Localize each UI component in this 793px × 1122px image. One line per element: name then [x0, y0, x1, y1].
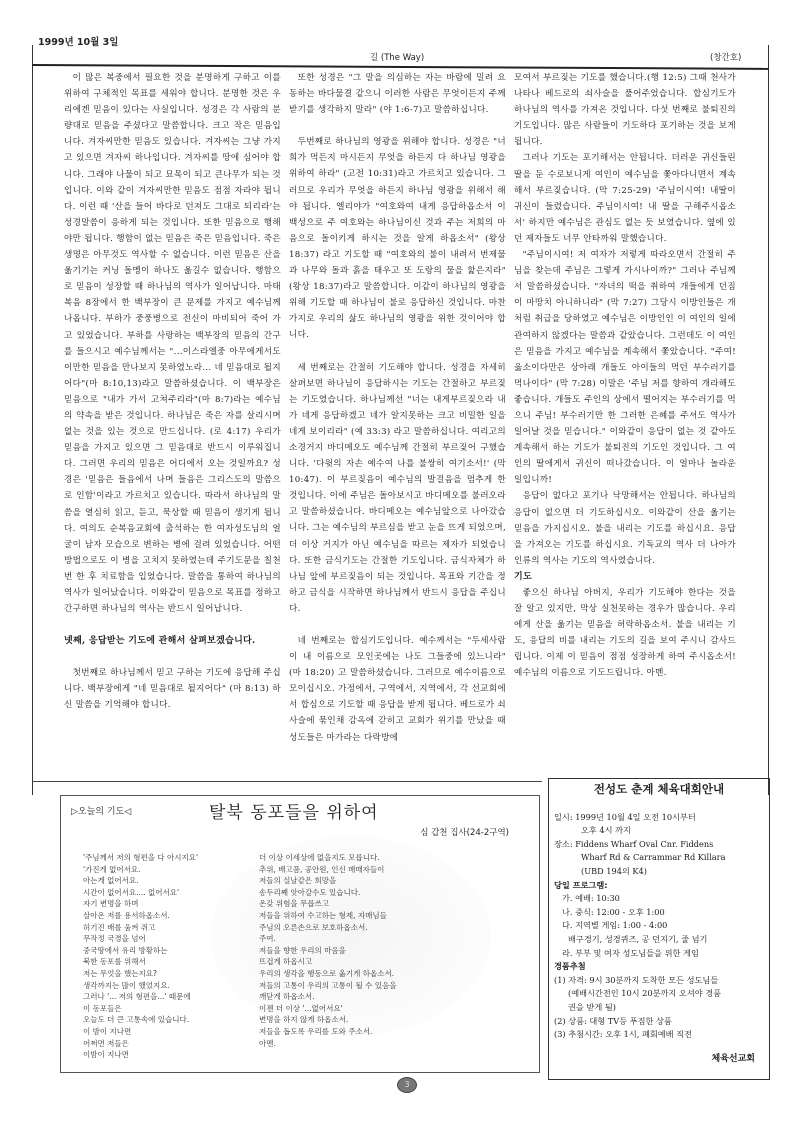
- prayer-title: 탈북 동포들을 위하여: [209, 798, 379, 823]
- paragraph: "주님이시여! 저 여자가 저렇게 따라오면서 간절히 주님을 찾는데 주님은 …: [514, 247, 736, 488]
- verse-line: 아멘.: [259, 1038, 396, 1050]
- verse-line: 시간이 없어서요.... 없어서요': [83, 887, 198, 899]
- verse-line: 저들을 돕도록 우리를 도와 주소서.: [259, 1026, 396, 1038]
- paragraph: 두번째로 하나님의 영광을 위해야 합니다. 성경은 "너희가 먹든지 마시든지…: [289, 134, 506, 343]
- paragraph: 모여서 부르짖는 기도를 했습니다.(행 12:5) 그때 천사가 나타나 베드…: [514, 70, 736, 150]
- closing-prayer: 좋으신 하나님 아버지, 우리가 기도해야 한다는 것을 잘 알고 있지만, 막…: [514, 585, 736, 682]
- verse-line: '주님께서 저의 형편을 다 아시지요': [83, 852, 198, 864]
- verse-line: 오늘도 더 큰 고통속에 있습니다.: [83, 1014, 198, 1026]
- raffle-item: (2) 상품: 대형 TV등 푸짐한 상품: [554, 1015, 765, 1029]
- verse-line: 저들을 향한 우리의 마음을: [259, 945, 396, 957]
- verse-line: 아는게 없어서요.: [83, 875, 198, 887]
- sports-day-notice: 전성도 춘계 체육대회안내 일시: 1999년 10월 4일 오전 10시부터 …: [548, 778, 770, 1080]
- issue-label: (창간호): [710, 51, 741, 63]
- raffle-item: 권을 받게 됨): [554, 1001, 765, 1015]
- paragraph: 그러나 기도는 포기해서는 안됩니다. 더러운 귀신들린 딸을 둔 수로보니게 …: [514, 150, 736, 247]
- verse-line: 북한 동포를 위해서: [83, 956, 198, 968]
- sermon-column-2: 또한 성경은 "그 말을 의심하는 자는 바람에 밀려 요동하는 바다물결 같으…: [289, 70, 506, 746]
- sermon-column-3: 모여서 부르짖는 기도를 했습니다.(행 12:5) 그때 천사가 나타나 베드…: [514, 70, 736, 681]
- verse-line: 우리의 생각을 행동으로 옮기게 하옵소서.: [259, 968, 396, 980]
- sermon-column-1: 이 많은 복중에서 필요한 것을 분명하게 구하고 이를 위하여 구체적인 목표…: [64, 70, 281, 713]
- place-label: 장소:: [554, 838, 573, 852]
- program-item: 가. 예배: 10:30: [554, 892, 765, 906]
- verse-line: 저들의 고통이 우리의 고통이 될 수 있음을: [259, 980, 396, 992]
- verse-line: 자기 변명을 하며: [83, 898, 198, 910]
- program-item: 라. 부부 및 여자 성도님들을 위한 게임: [554, 947, 765, 961]
- verse-line: 살아온 저를 용서하옵소서.: [83, 910, 198, 922]
- raffle-item: (3) 추첨시간: 오후 1시, 폐회예배 직전: [554, 1028, 765, 1042]
- verse-line: 이밤이 지나면: [83, 1049, 198, 1061]
- prayer-author: 심 갑천 집사(24-2구역): [420, 826, 509, 838]
- section-divider: [32, 781, 542, 782]
- verse-line: 무작정 국경을 넘어: [83, 933, 198, 945]
- notice-title: 전성도 춘계 체육대회안내: [549, 783, 769, 797]
- paragraph: 또한 성경은 "그 말을 의심하는 자는 바람에 밀려 요동하는 바다물결 같으…: [289, 70, 506, 118]
- verse-line: 이 밤이 지나면: [83, 1026, 198, 1038]
- program-item: 배구경기, 성경퀴즈, 공 던지기, 줄 넘기: [554, 933, 765, 947]
- place-value-cont: Wharf Rd & Carrammar Rd Killara: [554, 851, 765, 865]
- verse-left: '주님께서 저의 형편을 다 아시지요' '가진게 없어서요. 아는게 없어서요…: [83, 852, 198, 1061]
- verse-line: 주님의 오른손으로 보호하옵소서.: [259, 922, 396, 934]
- verse-line: 추위, 배고픔, 공안원, 인신 매매자들이: [259, 864, 396, 876]
- verse-line: 그러나 '... 저의 형편을...' 때문에: [83, 991, 198, 1003]
- verse-line: 깨닫게 하옵소서.: [259, 991, 396, 1003]
- verse-line: 이젠 더 이상 '...없어서요': [259, 1003, 396, 1015]
- verse-line: 이 동포들은: [83, 1003, 198, 1015]
- paragraph: 네 번째로는 합심기도입니다. 예수께서는 "두세사람이 내 이름으로 모인곳에…: [289, 633, 506, 746]
- verse-line: 저들을 위하여 수고하는 형제, 자매님들: [259, 910, 396, 922]
- time-value: 1999년 10월 4일 오전 10시부터: [575, 811, 696, 825]
- paragraph: 세 번째로는 간절히 기도해야 합니다. 성경을 자세히 살펴보면 하나님이 응…: [289, 360, 506, 618]
- paragraph: 이 많은 복중에서 필요한 것을 분명하게 구하고 이를 위하여 구체적인 목표…: [64, 70, 281, 617]
- newsletter-title: 길 (The Way): [370, 51, 424, 63]
- verse-line: 생각까지는 많이 했었지요.: [83, 980, 198, 992]
- verse-line: 어쩌면 저들은: [83, 1038, 198, 1050]
- program-item: 다. 지역별 게임: 1:00 - 4:00: [554, 919, 765, 933]
- verse-line: 허기진 배를 움켜 쥐고: [83, 922, 198, 934]
- time-label: 일시:: [554, 811, 573, 825]
- paragraph: 첫번째로 하나님께서 믿고 구하는 기도에 응답해 주십니다. 백부장에게 "네…: [64, 665, 281, 713]
- place-value: Fiddens Wharf Oval Cnr. Fiddens: [575, 838, 713, 852]
- notice-body: 일시: 1999년 10월 4일 오전 10시부터 오후 4시 까지 장소: F…: [549, 811, 769, 1042]
- verse-line: 온갖 위험을 무릅쓰고: [259, 898, 396, 910]
- todays-prayer-label: ▷오늘의 기도◁: [71, 804, 131, 817]
- raffle-item: (1) 자격: 9시 30분까지 도착한 모든 성도님들: [554, 974, 765, 988]
- verse-line: 주여.: [259, 933, 396, 945]
- section-heading: 넷째, 응답받는 기도에 관해서 살펴보겠습니다.: [64, 633, 281, 649]
- verse-line: 중국땅에서 유리 방황하는: [83, 945, 198, 957]
- page-number: 3: [397, 1077, 417, 1093]
- verse-line: 송두리째 앗아갈수도 있습니다.: [259, 887, 396, 899]
- verse-line: 더 이상 이세상에 없을지도 모릅니다.: [259, 852, 396, 864]
- place-value-cont: (UBD 194의 K4): [554, 865, 765, 879]
- paragraph: 응답이 없다고 포기나 낙망해서는 안됩니다. 하나님의 응답이 없으면 더 기…: [514, 488, 736, 568]
- program-item: 나. 중식: 12:00 - 오후 1:00: [554, 906, 765, 920]
- raffle-label: 경품추첨: [554, 960, 765, 974]
- prayer-heading: 기도: [514, 569, 736, 585]
- program-label: 당일 프로그램:: [554, 879, 765, 893]
- todays-prayer-box: ▷오늘의 기도◁ 탈북 동포들을 위하여 심 갑천 집사(24-2구역) '주님…: [60, 795, 540, 1073]
- verse-line: 뜨겁게 하옵시고: [259, 956, 396, 968]
- notice-signature: 체육선교회: [712, 1053, 755, 1067]
- verse-line: 저는 무엇을 했는지요?: [83, 968, 198, 980]
- verse-right: 더 이상 이세상에 없을지도 모릅니다. 추위, 배고픔, 공안원, 인신 매매…: [259, 852, 396, 1049]
- raffle-item: (예배시간전인 10시 20분까지 오셔야 경품: [554, 987, 765, 1001]
- verse-line: 저들의 실날같은 희망을: [259, 875, 396, 887]
- verse-line: 변명을 하지 않게 하옵소서.: [259, 1014, 396, 1026]
- time-value-cont: 오후 4시 까지: [554, 824, 765, 838]
- verse-line: '가진게 없어서요.: [83, 864, 198, 876]
